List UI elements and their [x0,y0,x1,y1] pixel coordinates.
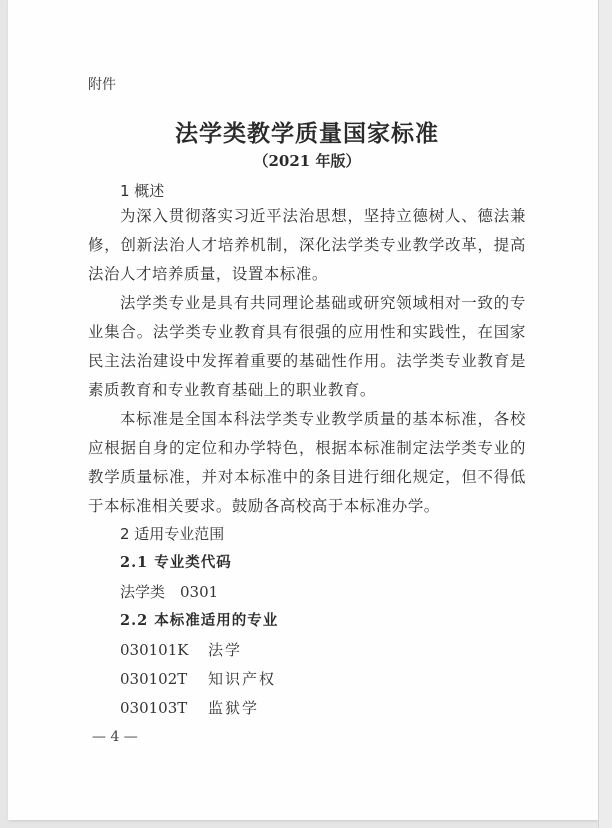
major-name: 监狱学 [208,701,259,716]
major-code: 030103T [120,701,187,716]
section-2-heading: 2 适用专业范围 [120,527,224,542]
major-name: 法学 [208,643,242,658]
section-1-paragraph-3: 本标准是全国本科法学类专业教学质量的基本标准，各校应根据自身的定位和办学特色，根… [88,405,526,521]
page-edge-strip [598,0,612,828]
section-1-paragraph-1: 为深入贯彻落实习近平法治思想，坚持立德树人、德法兼修，创新法治人才培养机制，深化… [88,202,526,289]
document-page: 附件 法学类教学质量国家标准 （2021 年版） 1 概述 为深入贯彻落实习近平… [8,0,598,820]
subsection-2-2-heading: 2.2 本标准适用的专业 [120,614,278,629]
page-number: — 4 — [92,730,138,744]
section-1-heading: 1 概述 [120,184,164,199]
major-code: 030102T [120,672,187,687]
discipline-code-line: 法学类 0301 [120,585,218,600]
major-name: 知识产权 [208,672,276,687]
subsection-2-1-heading: 2.1 专业类代码 [120,556,232,571]
document-title: 法学类教学质量国家标准 [8,122,606,145]
section-1-paragraph-2: 法学类专业是具有共同理论基础或研究领域相对一致的专业集合。法学类专业教育具有很强… [88,289,526,405]
major-code: 030101K [120,643,188,658]
attachment-label: 附件 [88,78,116,92]
document-subtitle: （2021 年版） [8,154,606,169]
